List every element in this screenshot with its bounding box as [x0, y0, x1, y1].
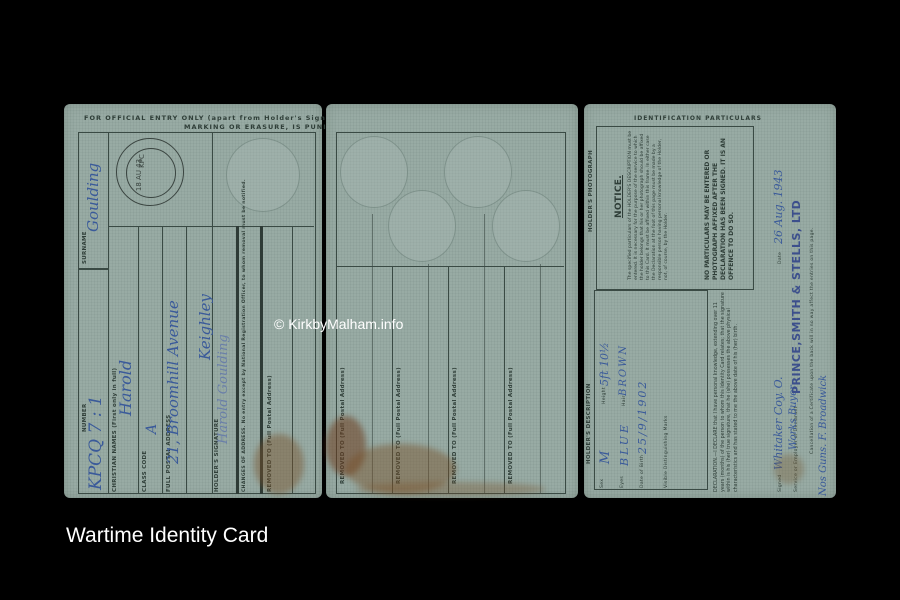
stain [356, 482, 546, 496]
dob-value: 25/9/1902 [636, 380, 649, 454]
address-line-1: 21, Broomhill Avenue [164, 300, 182, 464]
card-left-panel: FOR OFFICIAL ENTRY ONLY (apart from Hold… [64, 104, 322, 498]
sex-value: M [598, 451, 613, 464]
hair-value: BROWN [618, 344, 629, 396]
christian-names-value: Harold [116, 360, 135, 416]
cancel-note: Cancellation of a Certificate upon the b… [810, 227, 815, 454]
changes-of-address-label: CHANGES OF ADDRESS. No entry except by N… [242, 179, 247, 492]
sex-label: Sex [600, 479, 605, 488]
removed-to-label-4: REMOVED TO (Full Postal Address) [508, 367, 514, 484]
notice-warning: NO PARTICULARS MAY BE ENTERED OR PHOTOGR… [704, 130, 736, 280]
declaration-text: DECLARATION.—I DECLARE that I have perso… [714, 292, 740, 492]
stain [774, 454, 804, 484]
class-code-label: CLASS CODE [142, 451, 148, 492]
surname-value: Goulding [84, 163, 102, 232]
eyes-value: BLUE [618, 422, 631, 466]
hair-label: Hair [622, 395, 627, 406]
watermark: © KirkbyMalham.info [274, 316, 403, 332]
eyes-label: Eyes [620, 476, 625, 488]
image-caption: Wartime Identity Card [66, 524, 268, 548]
company-stamp: PRINCE,SMITH & STELLS, LTD [790, 200, 803, 394]
stamp-circle [340, 136, 408, 208]
description-label: HOLDER'S DESCRIPTION [586, 383, 592, 464]
marks-label: Visible Distinguishing Marks [664, 415, 669, 488]
address-line-2: Keighley [196, 294, 214, 360]
service-value: Works Buyer [788, 385, 799, 450]
notice-body: The specified particulars of the HOLDER'… [628, 130, 670, 280]
declaration-date: 26 Aug. 1943 [772, 169, 785, 244]
stamp-circle [492, 190, 560, 262]
photo-stamp-circle [226, 138, 300, 212]
registration-office-stamp: KPC 18 AU 43 [116, 138, 184, 206]
stamp-circle [388, 190, 456, 262]
dob-label: Date of Birth [640, 455, 645, 488]
date-label: Date [778, 252, 783, 264]
surname-label: SURNAME [82, 231, 88, 264]
card-middle-panel: REMOVED TO (Full Postal Address) REMOVED… [326, 104, 578, 498]
holder-signature: Harold Goulding [216, 334, 231, 444]
height-value: 5ft 10½ [598, 342, 611, 386]
number-value: KPCQ 7 : 1 [86, 395, 106, 490]
identification-particulars-title: IDENTIFICATION PARTICULARS [634, 114, 762, 123]
stamp-circle [444, 136, 512, 208]
stain [254, 434, 304, 494]
class-code-value: A [144, 424, 160, 434]
height-label: Height [602, 387, 607, 404]
footer-handwriting: Nos Guns. F. Broadwick [818, 375, 829, 496]
photograph-label: HOLDER'S PHOTOGRAPH [588, 150, 594, 232]
notice-title: NOTICE. [614, 175, 624, 218]
card-right-panel: IDENTIFICATION PARTICULARS HOLDER'S PHOT… [584, 104, 836, 498]
